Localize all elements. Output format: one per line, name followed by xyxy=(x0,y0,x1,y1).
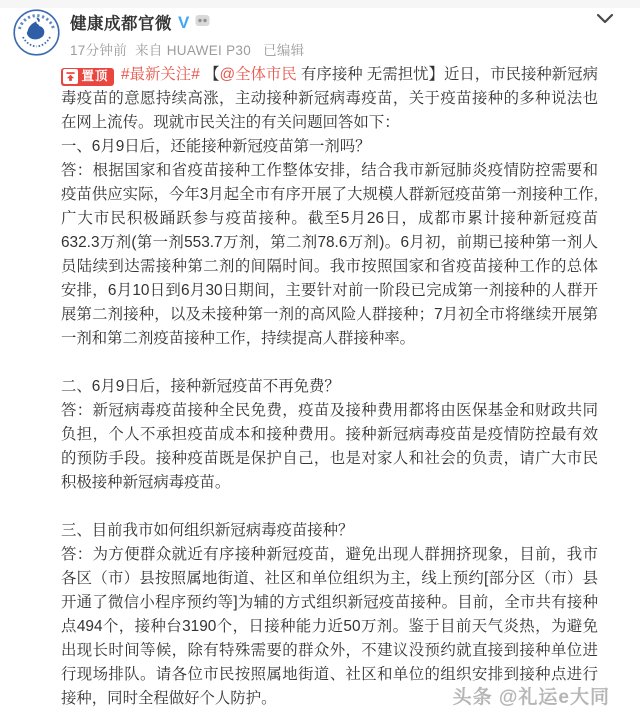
qa-section-2: 二、6月9日后，接种新冠疫苗不再免费？ 答：新冠病毒疫苗接种全民免费，疫苗及接种… xyxy=(61,375,598,495)
qa-section-3: 三、目前我市如何组织新冠病毒疫苗接种？ 答：为方便群众就近有序接种新冠疫苗，避免… xyxy=(61,519,598,711)
intro-paragraph: 置顶 #最新关注# 【@全体市民 有序接种 无需担忧】近日，市民接种新冠病毒疫苗… xyxy=(61,63,598,135)
membership-crown-icon xyxy=(195,14,210,32)
chevron-down-icon[interactable] xyxy=(594,11,616,27)
question-2: 二、6月9日后，接种新冠疫苗不再免费？ xyxy=(61,375,598,399)
post-source[interactable]: 来自 HUAWEI P30 xyxy=(135,43,251,58)
topic-hashtag-link[interactable]: #最新关注# xyxy=(121,66,200,83)
pinned-badge-label: 置顶 xyxy=(78,69,113,84)
question-1: 一、6月9日后，还能接种新冠疫苗第一剂吗？ xyxy=(61,135,598,159)
headline-rest: 有序接种 无需担忧】 xyxy=(297,66,444,83)
pinned-badge: 置顶 xyxy=(61,68,114,86)
chengdu-health-commission-emblem-icon xyxy=(13,9,60,56)
mention-link[interactable]: @全体市民 xyxy=(219,66,296,83)
avatar[interactable] xyxy=(13,9,60,56)
answer-3: 答：为方便群众就近有序接种新冠疫苗，避免出现人群拥挤现象，目前，我市各区（市）县… xyxy=(61,543,598,711)
top-edge-strip xyxy=(0,0,640,8)
edited-flag: 已编辑 xyxy=(263,43,304,58)
answer-1: 答：根据国家和省疫苗接种工作整体安排，结合我市新冠肺炎疫情防控需要和疫苗供应实际… xyxy=(61,159,598,351)
question-3: 三、目前我市如何组织新冠病毒疫苗接种？ xyxy=(61,519,598,543)
post-content: 置顶 #最新关注# 【@全体市民 有序接种 无需担忧】近日，市民接种新冠病毒疫苗… xyxy=(61,63,598,711)
verified-v-icon: V xyxy=(178,14,189,31)
author-name[interactable]: 健康成都官微 xyxy=(70,10,172,34)
arrow-to-top-icon xyxy=(63,69,78,84)
qa-section-1: 一、6月9日后，还能接种新冠疫苗第一剂吗？ 答：根据国家和省疫苗接种工作整体安排… xyxy=(61,135,598,351)
post-time: 17分钟前 xyxy=(70,43,127,58)
post-meta: 17分钟前 来自 HUAWEI P30 已编辑 xyxy=(70,39,308,59)
answer-2: 答：新冠病毒疫苗接种全民免费，疫苗及接种费用都将由医保基金和财政共同负担，个人不… xyxy=(61,399,598,495)
headline-bracket-open: 【 xyxy=(204,66,219,83)
